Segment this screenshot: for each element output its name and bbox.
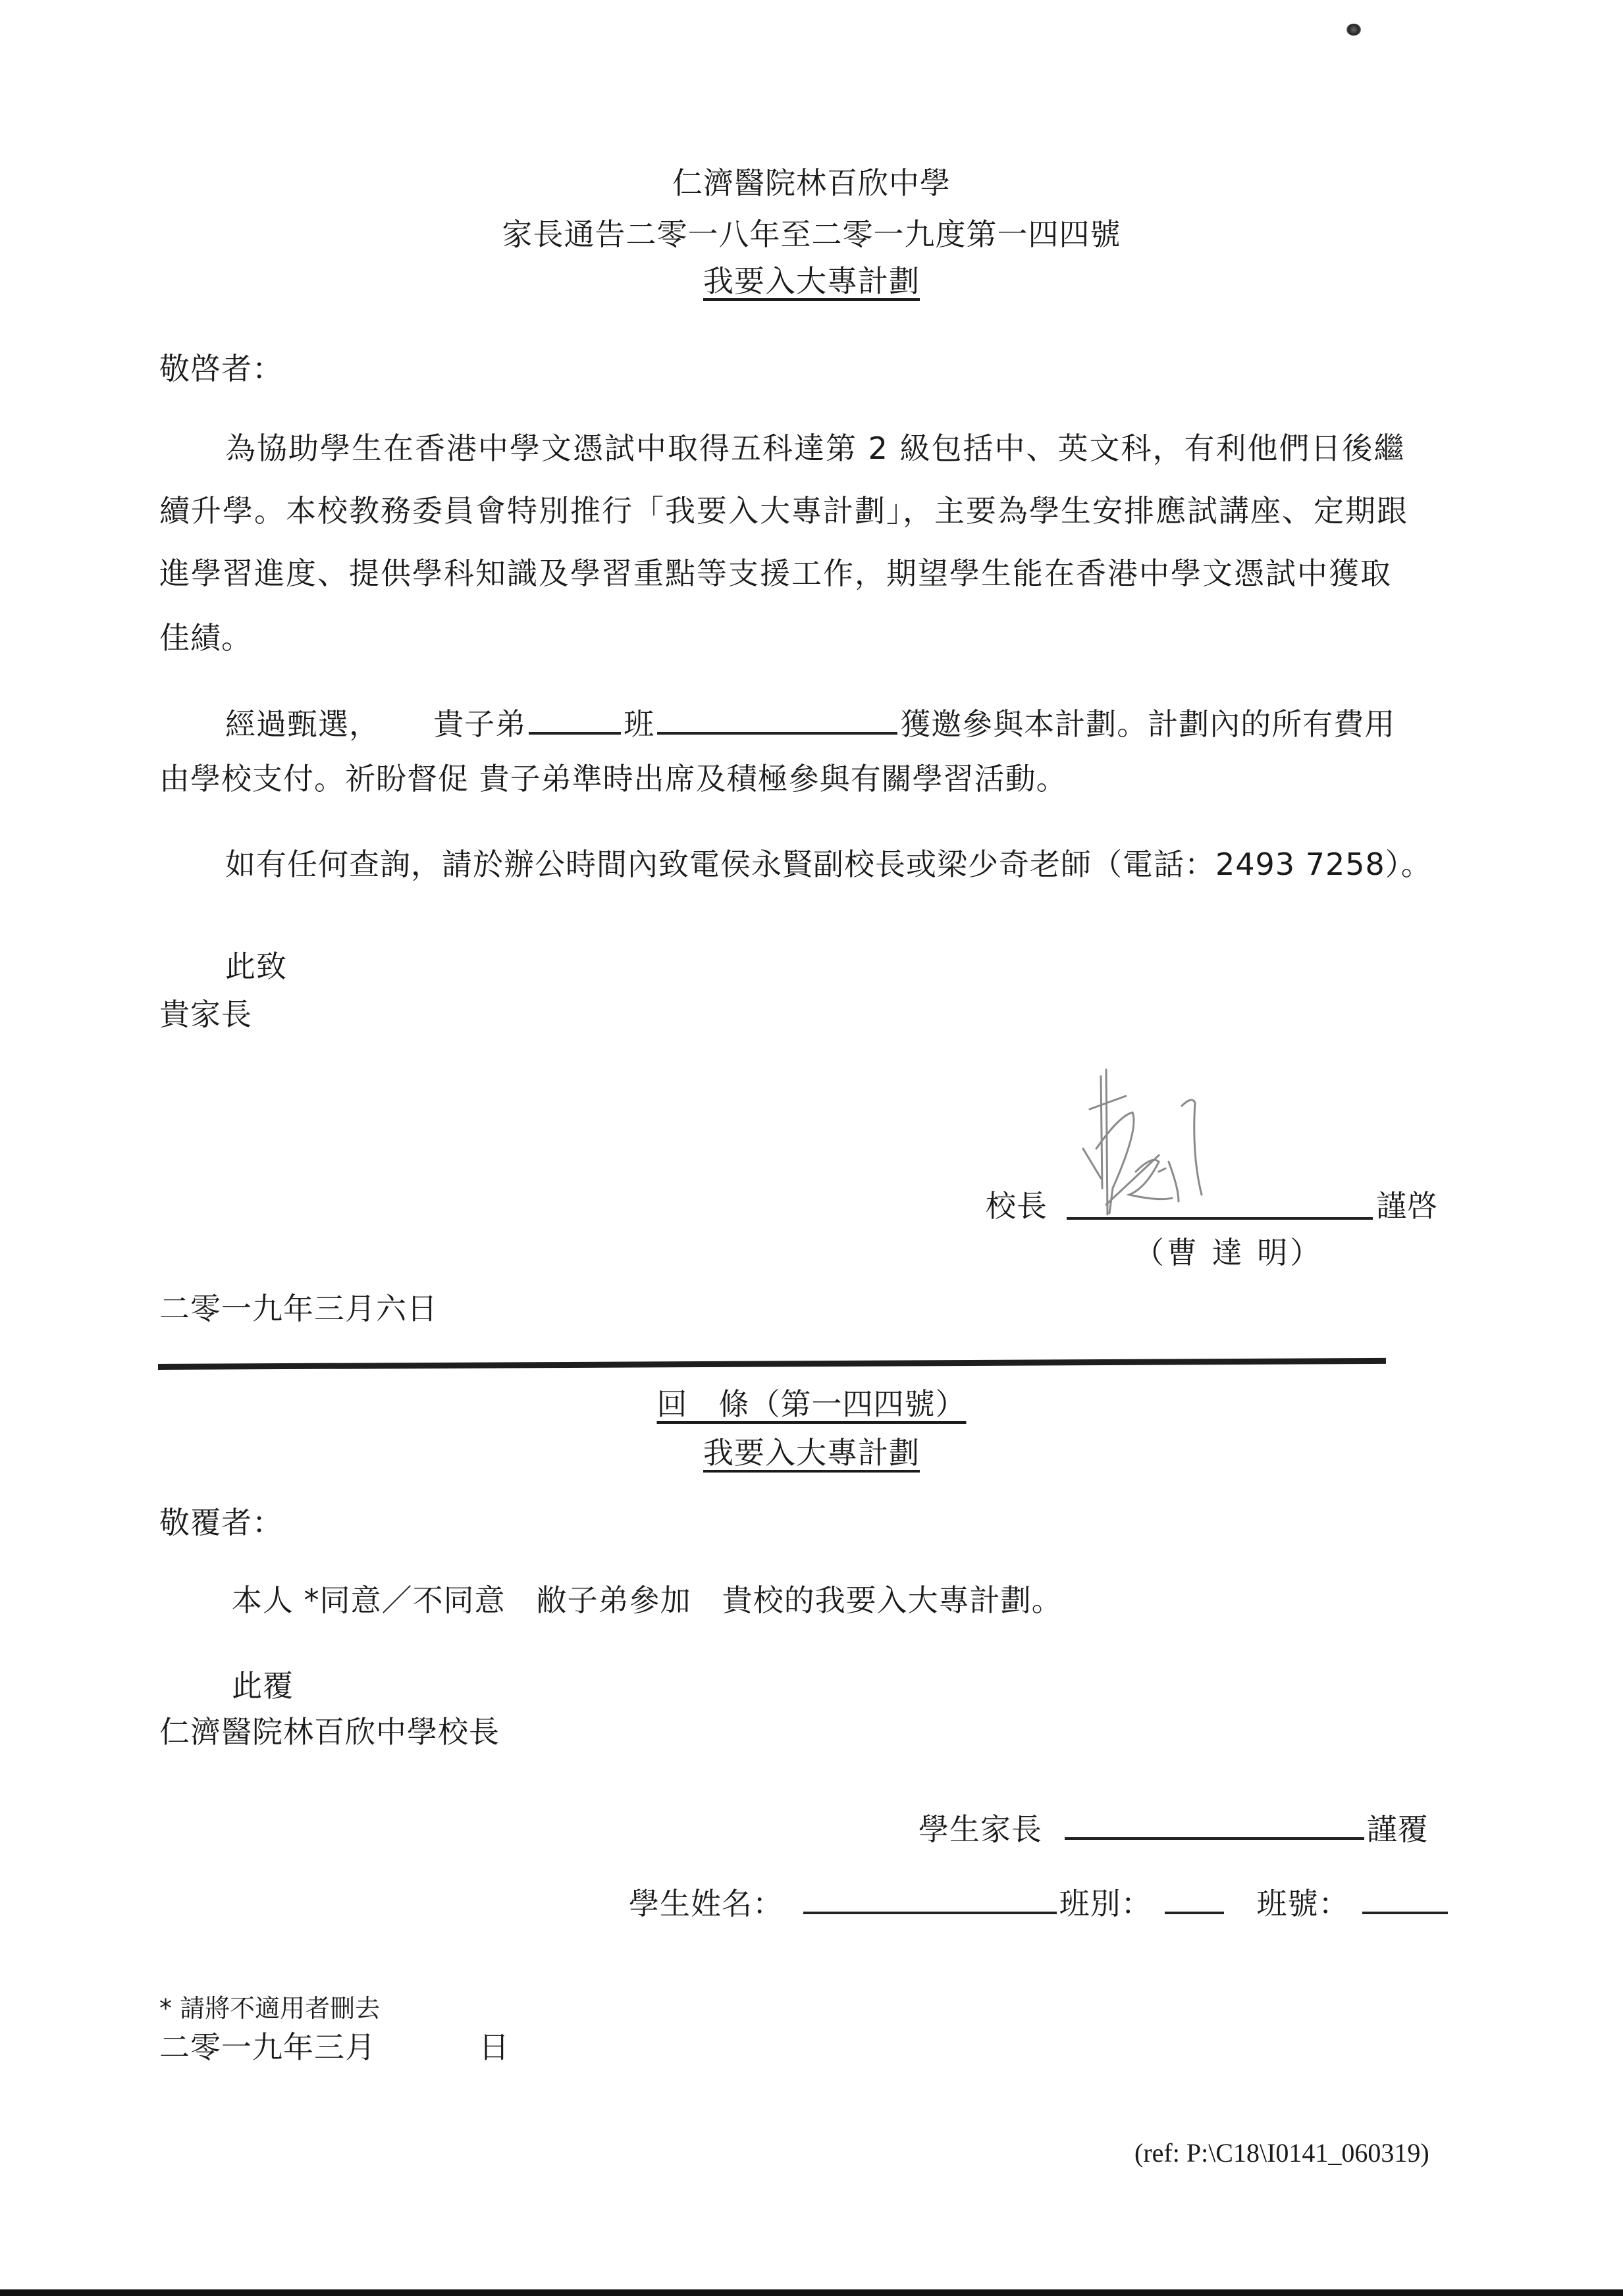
class-number-field[interactable] xyxy=(1362,1883,1448,1914)
document-reference: (ref: P:\C18\I0141_060319) xyxy=(1134,2137,1429,2168)
paragraph3-enquiry: 如有任何查詢，請於辦公時間內致電侯永賢副校長或梁少奇老師（電話：2493 725… xyxy=(225,849,1432,879)
reply-slip-title-text: 回 條（第一四四號） xyxy=(657,1386,967,1422)
student-name-label: 學生姓名： xyxy=(629,1886,784,1921)
reply-date-row: 二零一九年三月 日 xyxy=(159,2032,510,2062)
principal-title: 校長 xyxy=(986,1191,1048,1221)
reply-slip-title: 回 條（第一四四號） xyxy=(0,1389,1623,1419)
class-label: 班 xyxy=(624,706,654,742)
reply-closing-line2: 仁濟醫院林百欣中學校長 xyxy=(159,1717,500,1747)
paragraph1-line1: 為協助學生在香港中學文憑試中取得五科達第 2 級包括中、英文科，有利他們日後繼 xyxy=(225,433,1406,463)
reply-date-suffix: 日 xyxy=(479,2029,510,2065)
paragraph1-line2: 續升學。本校教務委員會特別推行「我要入大專計劃」，主要為學生安排應試講座、定期跟 xyxy=(159,496,1408,526)
scan-bottom-edge xyxy=(0,2289,1623,2296)
paragraph2-line2: 由學校支付。祈盼督促 貴子弟準時出席及積極參與有關學習活動。 xyxy=(159,764,1067,794)
class-field[interactable] xyxy=(1165,1883,1224,1914)
reply-slip-subject-text: 我要入大專計劃 xyxy=(703,1435,920,1471)
paragraph2-line1: 經過甄選， 貴子弟班獲邀參與本計劃。計劃內的所有費用 xyxy=(225,703,1395,739)
paragraph1-line4: 佳績。 xyxy=(159,623,252,653)
notice-number: 家長通告二零一八年至二零一九度第一四四號 xyxy=(0,219,1623,249)
reply-salutation: 敬覆者： xyxy=(159,1507,283,1538)
student-ref: 貴子弟 xyxy=(433,706,526,742)
parent-sign-suffix: 謹覆 xyxy=(1367,1812,1429,1847)
consent-statement: 本人 *同意／不同意 敝子弟參加 貴校的我要入大專計劃。 xyxy=(232,1585,1063,1615)
principal-sign-suffix: 謹啓 xyxy=(1376,1191,1438,1221)
student-name-blank[interactable] xyxy=(657,703,897,735)
scan-artifact-mark xyxy=(1346,24,1361,36)
letter-date: 二零一九年三月六日 xyxy=(159,1293,438,1324)
class-blank[interactable] xyxy=(529,703,621,735)
footnote-delete-inapplicable: * 請將不適用者刪去 xyxy=(159,1988,380,2024)
reply-date-prefix: 二零一九年三月 xyxy=(159,2029,376,2065)
parent-label: 學生家長 xyxy=(918,1812,1042,1847)
reply-closing-line1: 此覆 xyxy=(232,1671,294,1701)
principal-name: （曹 達 明） xyxy=(1134,1238,1323,1268)
student-name-field[interactable] xyxy=(803,1883,1057,1914)
class-label: 班別： xyxy=(1059,1886,1152,1921)
paragraph2-line1-suffix: 獲邀參與本計劃。計劃內的所有費用 xyxy=(900,706,1395,742)
selection-prefix: 經過甄選， xyxy=(225,706,380,742)
student-info-row: 學生姓名： 班別： 班號： xyxy=(629,1883,1450,1919)
closing-line2: 貴家長 xyxy=(159,999,252,1030)
principal-signature-image xyxy=(1060,1057,1290,1221)
reply-slip-subject: 我要入大專計劃 xyxy=(0,1438,1623,1468)
class-number-label: 班號： xyxy=(1257,1886,1350,1921)
principal-signature-line xyxy=(1067,1217,1373,1220)
notice-subject-text: 我要入大專計劃 xyxy=(703,263,920,299)
salutation: 敬啓者： xyxy=(159,353,283,384)
paragraph1-line3: 進學習進度、提供學科知識及學習重點等支援工作，期望學生能在香港中學文憑試中獲取 xyxy=(159,558,1392,588)
school-name: 仁濟醫院林百欣中學 xyxy=(0,168,1623,198)
reply-slip-divider xyxy=(158,1358,1386,1370)
parent-signature-field[interactable] xyxy=(1065,1808,1364,1840)
notice-subject: 我要入大專計劃 xyxy=(0,266,1623,296)
parent-signature-row: 學生家長 謹覆 xyxy=(918,1808,1429,1844)
closing-line1: 此致 xyxy=(225,951,287,981)
